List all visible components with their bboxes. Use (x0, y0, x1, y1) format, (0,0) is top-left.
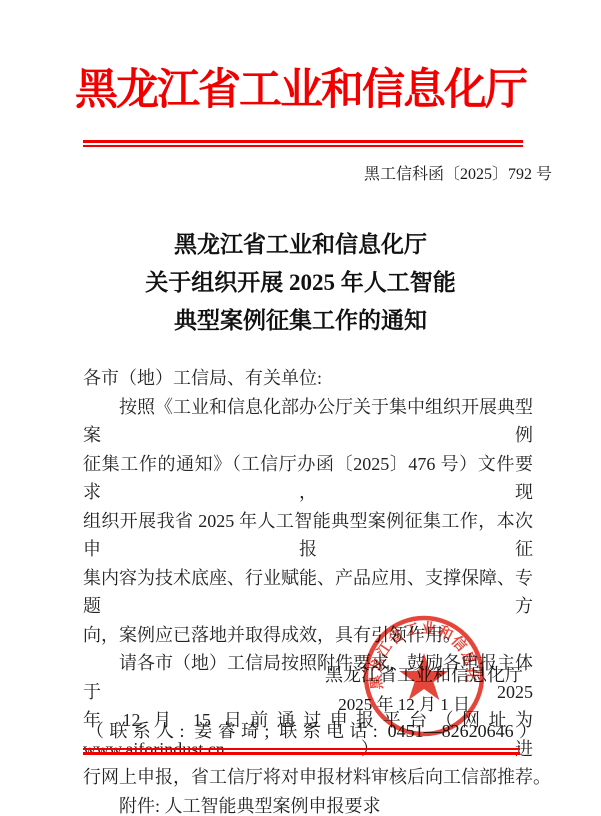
paragraph1-line: 征集工作的通知》（工信厅办函〔2025〕476 号）文件要求，现 (83, 450, 533, 507)
notice-title: 黑龙江省工业和信息化厅 关于组织开展 2025 年人工智能 典型案例征集工作的通… (0, 226, 601, 340)
footer-double-rule (83, 748, 520, 755)
paragraph1-line: 向，案例应已落地并取得成效，具有引领作用。 (83, 621, 533, 650)
paragraph2-line: 行网上申报，省工信厅将对申报材料审核后向工信部推荐。 (83, 763, 533, 792)
attachment-line: 附件: 人工智能典型案例申报要求 (83, 792, 533, 816)
rule-thick-line (83, 140, 523, 143)
signature-date: 2025 年 12 月 1 日 (338, 690, 470, 715)
contact-info: （联系人: 姜睿琦; 联系电话: 0451—82620646） (86, 717, 537, 743)
rule-thin-line (83, 748, 520, 750)
paragraph1-line: 组织开展我省 2025 年人工智能典型案例征集工作，本次申报征 (83, 507, 533, 564)
salutation: 各市（地）工信局、有关单位: (83, 364, 533, 393)
letterhead-agency-title: 黑龙江省工业和信息化厅 (0, 56, 601, 117)
document-number: 黑工信科函〔2025〕792 号 (364, 161, 552, 184)
letterhead-double-rule (83, 140, 523, 147)
signature-agency: 黑龙江省工业和信息化厅 (325, 661, 523, 687)
notice-title-line-1: 黑龙江省工业和信息化厅 (0, 226, 601, 264)
rule-thick-line (83, 752, 520, 755)
notice-title-line-2: 关于组织开展 2025 年人工智能 (0, 264, 601, 302)
document-page: 黑龙江省工业和信息化厅 黑工信科函〔2025〕792 号 黑龙江省工业和信息化厅… (0, 0, 601, 816)
paragraph1-line: 集内容为技术底座、行业赋能、产品应用、支撑保障、专题方 (83, 564, 533, 621)
rule-thin-line (83, 145, 523, 147)
notice-title-line-3: 典型案例征集工作的通知 (0, 302, 601, 340)
paragraph1-line: 按照《工业和信息化部办公厅关于集中组织开展典型案例 (83, 393, 533, 450)
